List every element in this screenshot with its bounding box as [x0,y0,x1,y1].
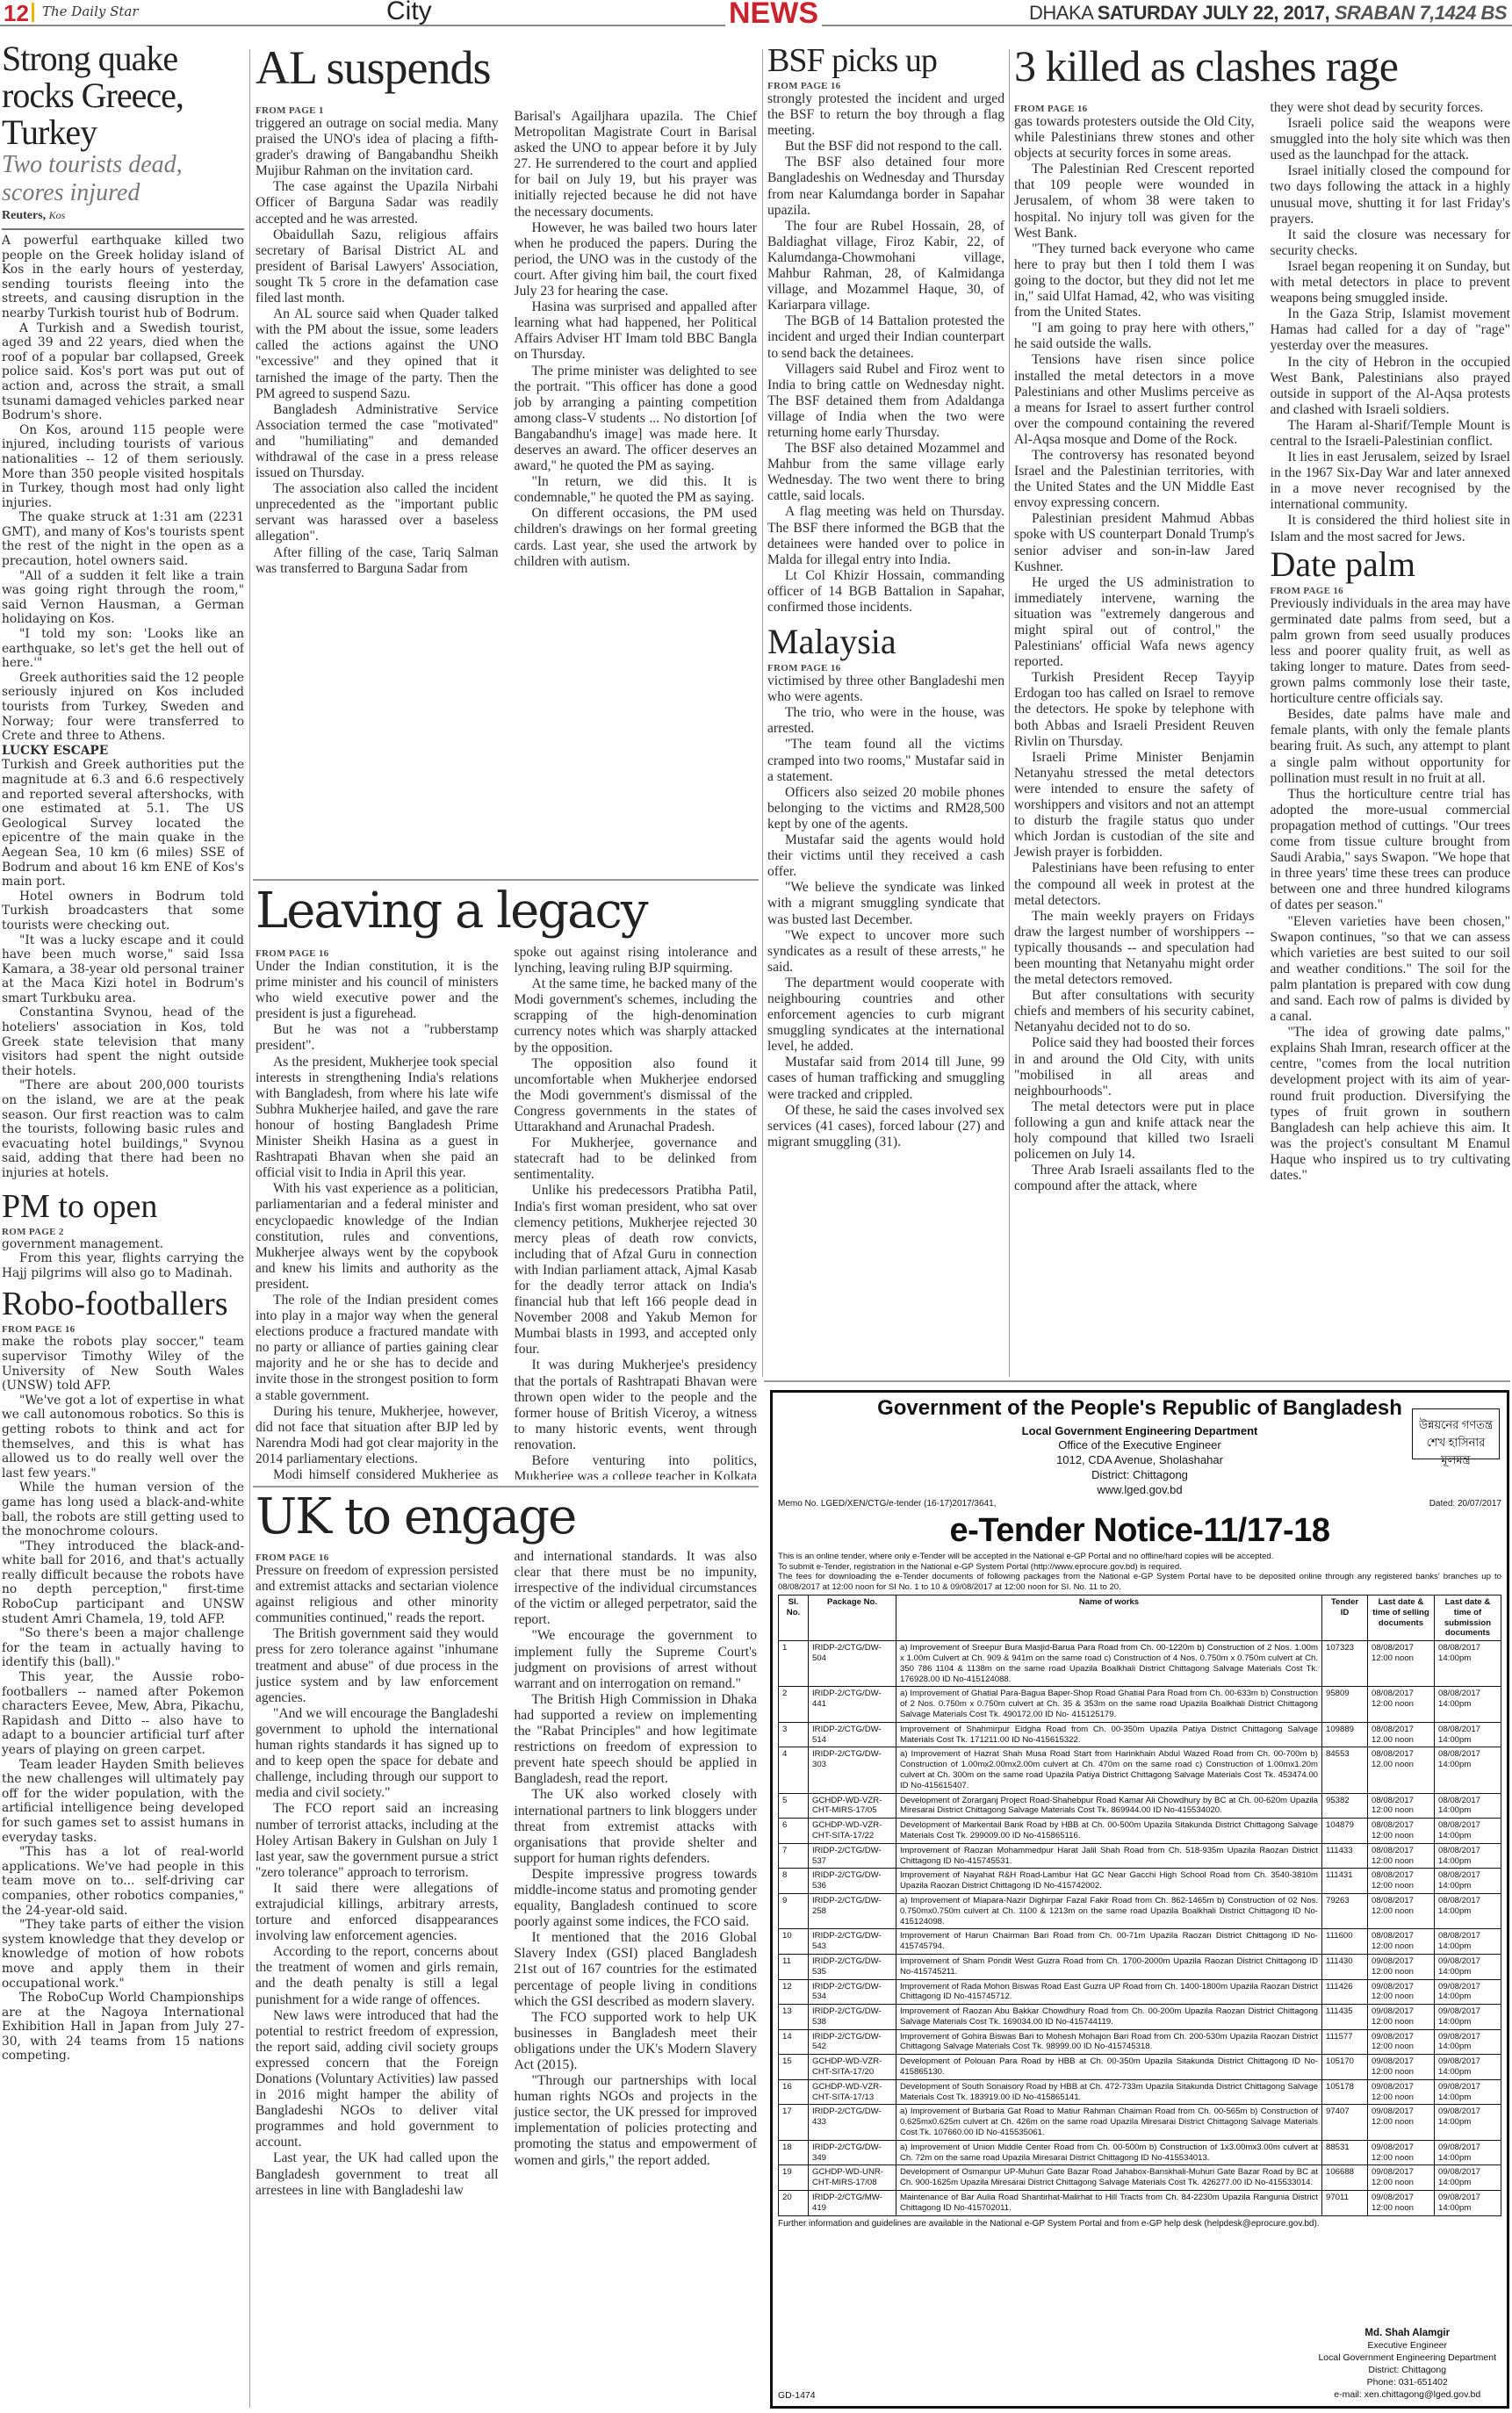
table-row: 17IRIDP-2/CTG/DW-433a) Improvement of Bu… [779,2105,1501,2140]
paragraph: Turkish President Recep Tayyip Erdogan t… [1014,670,1255,749]
cell-package-no: GCHDP-WD-VZR-CHT-SITA-17/13 [809,2079,896,2105]
cell-submission-date: 08/08/2017 14:00pm [1435,1722,1501,1747]
cell-selling-date: 08/08/2017 12:00 noon [1368,1819,1435,1844]
signatory-block: Md. Shah Alamgir Executive Engineer Loca… [1318,2327,1496,2401]
cell-name-of-works: Development of Polouan Para Road by HBB … [896,2055,1322,2080]
cell-tender-id: 111433 [1322,1843,1368,1869]
paragraph: During his tenure, Mukherjee, however, d… [256,1404,499,1467]
byline: Reuters, Kos [2,209,244,230]
paragraph: The case against the Upazila Nirbahi Off… [256,179,499,227]
column-header: Last date & time of submission documents [1435,1595,1501,1641]
paragraph: The Haram al-Sharif/Temple Mount is cent… [1271,418,1511,450]
cell-tender-id: 111577 [1322,2029,1368,2055]
signatory-district: District: Chittagong [1318,2364,1496,2376]
paragraph: Hasina was surprised and appalled after … [515,299,758,363]
cell-tender-id: 109889 [1322,1722,1368,1747]
cell-package-no: GCHDP-WD-VZR-CHT-SITA-17/20 [809,2055,896,2080]
paragraph: Tensions have risen since police install… [1014,352,1255,448]
paragraph: government management. [2,1237,244,1252]
paragraph: Team leader Hayden Smith believes the ne… [2,1758,244,1846]
cell-tender-id: 88531 [1322,2140,1368,2165]
paragraph: Three Arab Israeli assailants fled to th… [1014,1163,1255,1194]
paragraph: On Kos, around 115 people were injured, … [2,423,244,511]
headline: PM to open [2,1190,244,1223]
cell-tender-id: 97011 [1322,2191,1368,2216]
cell-tender-id: 111431 [1322,1869,1368,1894]
dateline-bangla-date: SRABAN 7,1424 BS [1335,2,1507,24]
paragraph: Thus the horticulture centre trial has a… [1271,787,1511,914]
paragraph: He urged the US administration to immedi… [1014,575,1255,671]
paragraph: "Eleven varieties have been chosen," Swa… [1271,914,1511,1026]
paragraph: "All of a sudden it felt like a train wa… [2,569,244,627]
paragraph: Modi himself considered Mukherjee as his… [256,1467,499,1480]
paragraph: make the robots play soccer," team super… [2,1335,244,1393]
paragraph: "And we will encourage the Bangladeshi g… [256,1706,499,1802]
paragraph: victimised by three other Bangladeshi me… [767,673,1004,705]
ad-code: GD-1474 [778,2390,816,2401]
paragraph: "Through our partnerships with local hum… [515,2073,758,2169]
table-row: 2IRIDP-2/CTG/DW-441a) Improvement of Gha… [779,1687,1501,1722]
cell-tender-id: 104879 [1322,1819,1368,1844]
paragraph: The FCO supported work to help UK busine… [515,2010,758,2073]
cell-package-no: GCHDP-WD-UNR-CHT-MIRS-17/08 [809,2165,896,2191]
paragraph: Last year, the UK had called upon the Ba… [256,2150,499,2198]
paragraph: gas towards protesters outside the Old C… [1014,114,1255,162]
paragraph: The metal detectors were put in place fo… [1014,1099,1255,1163]
cell-sl-no: 8 [779,1869,809,1894]
from-page: FROM PAGE 16 [767,81,1004,91]
cell-sl-no: 11 [779,1954,809,1979]
cell-name-of-works: Development of Osmanpur UP-Muhuri Gate B… [896,2165,1322,2191]
paragraph: they were shot dead by security forces. [1271,100,1511,116]
paragraph: Officers also seized 20 mobile phones be… [767,785,1004,832]
cell-sl-no: 1 [779,1641,809,1687]
cell-sl-no: 16 [779,2079,809,2105]
cell-submission-date: 08/08/2017 14:00pm [1435,1869,1501,1894]
from-page: FROM PAGE 16 [1271,586,1511,596]
table-row: 9IRIDP-2/CTG/DW-258a) Improvement of Mia… [779,1893,1501,1928]
paragraph: Villagers said Rubel and Firoz went to I… [767,362,1004,441]
cell-name-of-works: Improvement of Raozan Mohammedpur Harat … [896,1843,1322,1869]
paragraph: Of these, he said the cases involved sex… [767,1103,1004,1150]
paragraph: "It was a lucky escape and it could have… [2,933,244,1006]
category-label: NEWS [725,0,822,26]
paragraph: A Turkish and a Swedish tourist, aged 39… [2,321,244,423]
paragraph: The controversy has resonated beyond Isr… [1014,448,1255,511]
paragraph: However, he was bailed two hours later w… [515,220,758,299]
tender-district: District: Chittagong [778,1467,1501,1482]
paragraph: It lies in east Jerusalem, seized by Isr… [1271,450,1511,513]
paragraph: Pressure on freedom of expression persis… [256,1563,499,1626]
signatory-title: Executive Engineer [1318,2339,1496,2352]
memo-line: Memo No. LGED/XEN/CTG/e-tender (16-17)20… [778,1499,1501,1509]
paragraph: Besides, date palms have male and female… [1271,707,1511,786]
column-divider [249,49,250,2408]
paragraph: "They take parts of either the vision sy… [2,1918,244,1991]
cell-selling-date: 09/08/2017 12:00 noon [1368,2005,1435,2030]
paragraph: Lt Col Khizir Hossain, commanding office… [767,568,1004,616]
section-divider [253,1486,759,1487]
table-row: 15GCHDP-WD-VZR-CHT-SITA-17/20Development… [779,2055,1501,2080]
paragraph: spoke out against rising intolerance and… [515,945,758,976]
cell-package-no: IRIDP-2/CTG/DW- 538 [809,2005,896,2030]
masthead: 12 The Daily Star City NEWS DHAKA SATURD… [0,0,1512,26]
paragraph: The British government said they would p… [256,1626,499,1705]
cell-tender-id: 111426 [1322,1979,1368,2005]
paragraph: But he was not a "rubberstamp president"… [256,1022,499,1054]
paragraph: "There are about 200,000 tourists on the… [2,1078,244,1180]
paragraph: "We believe the syndicate was linked wit… [767,880,1004,927]
tender-notice-title: e-Tender Notice-11/17-18 [778,1512,1501,1550]
cell-submission-date: 09/08/2017 14:00pm [1435,2005,1501,2030]
cell-name-of-works: Improvement of Nayahat R&H Road-Lambur H… [896,1869,1322,1894]
paragraph: New laws were introduced that had the po… [256,2008,499,2151]
paragraph: It said there were allegations of extraj… [256,1881,499,1944]
column-header: SI. No. [779,1595,809,1641]
paragraph: Under the Indian constitution, it is the… [256,959,499,1022]
cell-selling-date: 09/08/2017 12:00 noon [1368,2055,1435,2080]
table-header-row: SI. No. Package No. Name of works Tender… [779,1595,1501,1641]
cell-package-no: IRIDP-2/CTG/DW-303 [809,1747,896,1793]
paragraph: Bangladesh Administrative Service Associ… [256,402,499,481]
paragraph: From this year, flights carrying the Haj… [2,1251,244,1280]
tender-gov-title: Government of the People's Republic of B… [778,1396,1501,1421]
paragraph: A powerful earthquake killed two people … [2,234,244,321]
memo-date: Dated: 20/07/2017 [1429,1499,1501,1509]
cell-name-of-works: a) Improvement of Miapara-Nazir Dighirpa… [896,1893,1322,1928]
paragraph: The Palestinian Red Crescent reported th… [1014,162,1255,241]
paragraph: Constantina Svynou, head of the hotelier… [2,1005,244,1078]
cell-selling-date: 09/08/2017 12:00 noon [1368,1979,1435,2005]
from-page: FROM PAGE 1 [256,105,499,116]
headline: 3 killed as clashes rage [1014,44,1510,88]
cell-tender-id: 107323 [1322,1641,1368,1687]
publication-logo: The Daily Star [42,4,139,19]
from-page: FROM PAGE 16 [1014,104,1255,114]
subsection-heading: LUCKY ESCAPE [2,744,244,759]
article-bsf-picks-up: BSF picks up FROM PAGE 16 strongly prote… [767,44,1004,1377]
tender-website-link[interactable]: www.lged.gov.bd [778,1482,1501,1497]
article-uk-to-engage: UK to engage FROM PAGE 16 Pressure on fr… [256,1493,757,2411]
cell-package-no: GCHDP-WD-VZR-CHT-SITA-17/22 [809,1819,896,1844]
paragraph: The UK also worked closely with internat… [515,1787,758,1866]
paragraph: The trio, who were in the house, was arr… [767,705,1004,737]
signatory-phone: Phone: 031-651402 [1318,2376,1496,2388]
table-row: 6GCHDP-WD-VZR-CHT-SITA-17/22Development … [779,1819,1501,1844]
cell-selling-date: 08/08/2017 12:00 noon [1368,1687,1435,1722]
paragraph: "They introduced the black-and-white bal… [2,1539,244,1627]
cell-selling-date: 08/08/2017 12:00 noon [1368,1929,1435,1955]
cell-submission-date: 09/08/2017 14:00pm [1435,2165,1501,2191]
from-page: FROM PAGE 16 [2,1324,244,1335]
cell-tender-id: 95809 [1322,1687,1368,1722]
paragraph: "We encourage the government to implemen… [515,1628,758,1691]
cell-submission-date: 09/08/2017 14:00pm [1435,2079,1501,2105]
cell-name-of-works: Development of South Sonaisory Road by H… [896,2079,1322,2105]
cell-selling-date: 08/08/2017 12:00 noon [1368,1843,1435,1869]
paragraph: "They turned back everyone who came here… [1014,241,1255,321]
headline: AL suspends [256,44,757,91]
paragraph: In the city of Hebron in the occupied We… [1271,355,1511,418]
paragraph: The BSF also detained four more Banglade… [767,155,1004,218]
cell-sl-no: 3 [779,1722,809,1747]
paragraph: "The team found all the victims cramped … [767,737,1004,784]
paragraph: The role of the Indian president comes i… [256,1293,499,1404]
paragraph: It is considered the third holiest site … [1271,513,1511,544]
paragraph: Palestinians have been refusing to enter… [1014,861,1255,908]
paragraph: After filling of the case, Tariq Salman … [256,545,499,577]
cell-package-no: IRIDP-2/CTG/DW- 534 [809,1979,896,2005]
paragraph: On different occasions, the PM used chil… [515,506,758,569]
cell-package-no: IRIDP-2/CTG/DW-536 [809,1869,896,1894]
cell-submission-date: 08/08/2017 14:00pm [1435,1747,1501,1793]
paragraph: But after consultations with security ch… [1014,988,1255,1035]
cell-submission-date: 08/08/2017 14:00pm [1435,1641,1501,1687]
paragraph: "This has a lot of real-world applicatio… [2,1845,244,1918]
paragraph: While the human version of the game has … [2,1480,244,1538]
paragraph: Police said they had boosted their force… [1014,1035,1255,1098]
cell-tender-id: 105170 [1322,2055,1368,2080]
table-row: 18IRIDP-2/CTG/DW-349a) Improvement of Un… [779,2140,1501,2165]
cell-tender-id: 97407 [1322,2105,1368,2140]
cell-name-of-works: a) Improvement of Union Middle Center Ro… [896,2140,1322,2165]
slogan-box: উন্নয়নের গণতন্ত্র শেখ হাসিনার মূলমন্ত্র [1412,1408,1500,1459]
tender-address: 1012, CDA Avenue, Sholashahar [778,1452,1501,1467]
cell-selling-date: 08/08/2017 12:00 noon [1368,1793,1435,1819]
byline-agency: Reuters, [2,209,46,222]
paragraph: The quake struck at 1:31 am (2231 GMT), … [2,510,244,568]
paragraph: The opposition also found it uncomfortab… [515,1056,758,1135]
paragraph: Mustafar said the agents would hold thei… [767,832,1004,880]
table-row: 1IRIDP-2/CTG/DW-504a) Improvement of Sre… [779,1641,1501,1687]
page-number: 12 [4,0,29,27]
article-robo-footballers: Robo-footballers FROM PAGE 16 make the r… [2,1287,244,2064]
article-quake: Strong quake rocks Greece, Turkey Two to… [2,40,244,2411]
table-row: 13IRIDP-2/CTG/DW- 538Improvement of Raoz… [779,2005,1501,2030]
cell-name-of-works: Maintenance of Bar Aulia Road Shantirhat… [896,2191,1322,2216]
table-row: 5GCHDP-WD-VZR-CHT-MIRS-17/05Development … [779,1793,1501,1819]
signatory-name: Md. Shah Alamgir [1364,2328,1450,2338]
column-divider [1009,49,1010,1377]
cell-sl-no: 15 [779,2055,809,2080]
paragraph: The four are Rubel Hossain, 28, of Baldi… [767,219,1004,314]
signatory-dept: Local Government Engineering Department [1318,2352,1496,2364]
cell-submission-date: 09/08/2017 14:00pm [1435,1979,1501,2005]
memo-number: Memo No. LGED/XEN/CTG/e-tender (16-17)20… [778,1499,996,1509]
cell-submission-date: 09/08/2017 14:00pm [1435,2140,1501,2165]
paragraph: Previously individuals in the area may h… [1271,596,1511,708]
cell-package-no: IRIDP-2/CTG/DW-537 [809,1843,896,1869]
paragraph: triggered an outrage on social media. Ma… [256,116,499,179]
cell-sl-no: 5 [779,1793,809,1819]
paragraph: The main weekly prayers on Fridays draw … [1014,909,1255,988]
cell-tender-id: 111435 [1322,2005,1368,2030]
paragraph: Before venturing into politics, Mukherje… [515,1453,758,1480]
dateline: DHAKA SATURDAY JULY 22, 2017, SRABAN 7,1… [1029,2,1507,25]
paragraph: Israel initially closed the compound for… [1271,163,1511,227]
subheadline: Two tourists dead, scores injured [2,151,244,207]
intro-line: To submit e-Tender, registration in the … [778,1562,1501,1573]
tender-office: Office of the Executive Engineer [778,1437,1501,1452]
paragraph: At the same time, he backed many of the … [515,976,758,1055]
paragraph: It was during Mukherjee's presidency tha… [515,1358,758,1453]
article-al-suspends: AL suspends FROM PAGE 1 triggered an out… [256,44,757,874]
paragraph: "The idea of growing date palms," explai… [1271,1025,1511,1184]
paragraph: Barisal's Agailjhara upazila. The Chief … [515,109,758,220]
cell-package-no: IRIDP-2/CTG/DW-258 [809,1893,896,1928]
column-header: Last date & time of selling documents [1368,1595,1435,1641]
table-row: 8IRIDP-2/CTG/DW-536Improvement of Nayaha… [779,1869,1501,1894]
table-row: 20IRIDP-2/CTG/MW-419Maintenance of Bar A… [779,2191,1501,2216]
paragraph: "I told my son: 'Looks like an earthquak… [2,627,244,671]
table-row: 3IRIDP-2/CTG/DW-514Improvement of Shahmi… [779,1722,1501,1747]
tender-table: SI. No. Package No. Name of works Tender… [778,1595,1501,2216]
cell-name-of-works: Improvement of Harun Chairman Bari Road … [896,1929,1322,1955]
headline: Leaving a legacy [256,887,757,936]
paragraph: Palestinian president Mahmud Abbas spoke… [1014,511,1255,574]
tender-department: Local Government Engineering Department [778,1424,1501,1437]
section-title: City [386,0,432,26]
cell-tender-id: 84553 [1322,1747,1368,1793]
paragraph: "I am going to pray here with others," h… [1014,321,1255,352]
cell-selling-date: 08/08/2017 12:00 noon [1368,1869,1435,1894]
cell-name-of-works: Improvement of Sham Pondit West Guzra Ro… [896,1954,1322,1979]
cell-selling-date: 08/08/2017 12.00 noon [1368,1747,1435,1793]
headline: BSF picks up [767,44,1004,77]
slogan-line: উন্নয়নের গণতন্ত্র [1413,1416,1499,1434]
cell-name-of-works: Improvement of Gohira Biswas Bari to Moh… [896,2029,1322,2055]
cell-name-of-works: Development of Zorarganj Project Road-Sh… [896,1793,1322,1819]
cell-name-of-works: Improvement of Shahmirpur Eidgha Road fr… [896,1722,1322,1747]
cell-submission-date: 08/08/2017 14:00pm [1435,1687,1501,1722]
cell-selling-date: 09/08/2017 12:00 noon [1368,2140,1435,2165]
paragraph: strongly protested the incident and urge… [767,91,1004,139]
paragraph: "So there's been a major challenge for t… [2,1626,244,1670]
table-row: 4IRIDP-2/CTG/DW-303a) Improvement of Haz… [779,1747,1501,1793]
table-row: 10IRIDP-2/CTG/DW- 543Improvement of Haru… [779,1929,1501,1955]
headline: Malaysia [767,624,1004,659]
table-row: 12IRIDP-2/CTG/DW- 534Improvement of Rada… [779,1979,1501,2005]
paragraph: The department would cooperate with neig… [767,976,1004,1055]
cell-submission-date: 08/08/2017 14:00pm [1435,1793,1501,1819]
cell-selling-date: 08/08/2017 12:00 noon [1368,1893,1435,1928]
cell-selling-date: 09/08/2017 12:00 noon [1368,1954,1435,1979]
cell-selling-date: 08/08/2017 12:00 noon [1368,1641,1435,1687]
cell-package-no: IRIDP-2/CTG/DW- 542 [809,2029,896,2055]
paragraph: It mentioned that the 2016 Global Slaver… [515,1930,758,2009]
column-divider [762,49,763,1377]
cell-package-no: IRIDP-2/CTG/MW-419 [809,2191,896,2216]
paragraph: With his vast experience as a politician… [256,1181,499,1293]
paragraph: Israeli police said the weapons were smu… [1271,116,1511,163]
cell-tender-id: 111430 [1322,1954,1368,1979]
tender-intro: This is an online tender, where only e-T… [778,1552,1501,1592]
cell-selling-date: 08/08/2017 12.00 noon [1368,1722,1435,1747]
cell-tender-id: 79263 [1322,1893,1368,1928]
paragraph: The RoboCup World Championships are at t… [2,1991,244,2064]
tender-footer-note: Further information and guidelines are a… [778,2219,1501,2229]
paragraph: Israel began reopening it on Sunday, but… [1271,259,1511,306]
cell-tender-id: 95382 [1322,1793,1368,1819]
paragraph: The FCO report said an increasing number… [256,1801,499,1880]
paragraph: An AL source said when Quader talked wit… [256,306,499,402]
cell-selling-date: 09/08/2017 12:00 noon [1368,2191,1435,2216]
cell-name-of-works: a) Improvement of Hazrat Shah Musa Road … [896,1747,1322,1793]
paragraph: This year, the Aussie robo-footballers -… [2,1670,244,1758]
paragraph: Greek authorities said the 12 people ser… [2,671,244,744]
paragraph: "In return, we did this. It is condemnab… [515,474,758,506]
paragraph: "We expect to uncover more such syndicat… [767,928,1004,976]
table-row: 16GCHDP-WD-VZR-CHT-SITA-17/13Development… [779,2079,1501,2105]
cell-submission-date: 09/08/2017 14:00pm [1435,1954,1501,1979]
tender-table-body: 1IRIDP-2/CTG/DW-504a) Improvement of Sre… [779,1641,1501,2215]
column-header: Name of works [896,1595,1322,1641]
paragraph: According to the report, concerns about … [256,1944,499,2007]
cell-selling-date: 09/08/2017 12:00 noon [1368,2079,1435,2105]
paragraph: Israeli Prime Minister Benjamin Netanyah… [1014,750,1255,861]
table-row: 11IRIDP-2/CTG/DW- 535Improvement of Sham… [779,1954,1501,1979]
from-page: FROM PAGE 16 [256,948,499,959]
headline: Strong quake rocks Greece, Turkey [2,40,244,151]
cell-sl-no: 14 [779,2029,809,2055]
article-leaving-a-legacy: Leaving a legacy FROM PAGE 16 Under the … [256,887,757,1480]
paragraph: Obaidullah Sazu, religious affairs secre… [256,227,499,306]
paragraph: Unlike his predecessors Pratibha Patil, … [515,1183,758,1358]
headline: UK to engage [256,1493,757,1542]
cell-sl-no: 18 [779,2140,809,2165]
cell-name-of-works: a) Improvement of Ghatial Para-Bagua Bap… [896,1687,1322,1722]
cell-selling-date: 09/08/2017 12:00 noon [1368,2165,1435,2191]
cell-package-no: IRIDP-2/CTG/DW- 543 [809,1929,896,1955]
from-page: FROM PAGE 16 [767,663,1004,673]
paragraph: and international standards. It was also… [515,1549,758,1628]
cell-name-of-works: a) Improvement of Sreepur Bura Masjid-Ba… [896,1641,1322,1687]
paragraph: In the Gaza Strip, Islamist movement Ham… [1271,306,1511,354]
cell-submission-date: 08/08/2017 14:00pm [1435,1929,1501,1955]
cell-sl-no: 9 [779,1893,809,1928]
article-malaysia: Malaysia FROM PAGE 16 victimised by thre… [767,624,1004,1150]
cell-package-no: GCHDP-WD-VZR-CHT-MIRS-17/05 [809,1793,896,1819]
cell-sl-no: 17 [779,2105,809,2140]
from-page: ROM PAGE 2 [2,1227,244,1237]
cell-submission-date: 08/08/2017 14:00pm [1435,1819,1501,1844]
cell-submission-date: 09/08/2017 14:00pm [1435,2029,1501,2055]
column-header: Package No. [809,1595,896,1641]
headline: Robo-footballers [2,1287,244,1321]
paragraph: "We've got a lot of expertise in what we… [2,1394,244,1481]
cell-sl-no: 4 [779,1747,809,1793]
cell-name-of-works: Development of Markentail Bank Road by H… [896,1819,1322,1844]
signatory-email[interactable]: e-mail: xen.chittagong@lged.gov.bd [1318,2388,1496,2401]
cell-package-no: IRIDP-2/CTG/DW-441 [809,1687,896,1722]
paragraph: It said the closure was necessary for se… [1271,227,1511,259]
paragraph: The British High Commission in Dhaka had… [515,1692,758,1788]
divider [32,3,34,22]
cell-tender-id: 106688 [1322,2165,1368,2191]
cell-tender-id: 111600 [1322,1929,1368,1955]
cell-package-no: IRIDP-2/CTG/DW-504 [809,1641,896,1687]
cell-tender-id: 105178 [1322,2079,1368,2105]
headline: Date palm [1271,547,1511,582]
cell-sl-no: 20 [779,2191,809,2216]
cell-sl-no: 7 [779,1843,809,1869]
cell-submission-date: 08/08/2017 14:00pm [1435,1843,1501,1869]
cell-package-no: IRIDP-2/CTG/DW- 535 [809,1954,896,1979]
cell-submission-date: 08/08/2017 14:00pm [1435,1893,1501,1928]
paragraph: The association also called the incident… [256,481,499,544]
dateline-city: DHAKA [1029,2,1092,24]
cell-sl-no: 6 [779,1819,809,1844]
